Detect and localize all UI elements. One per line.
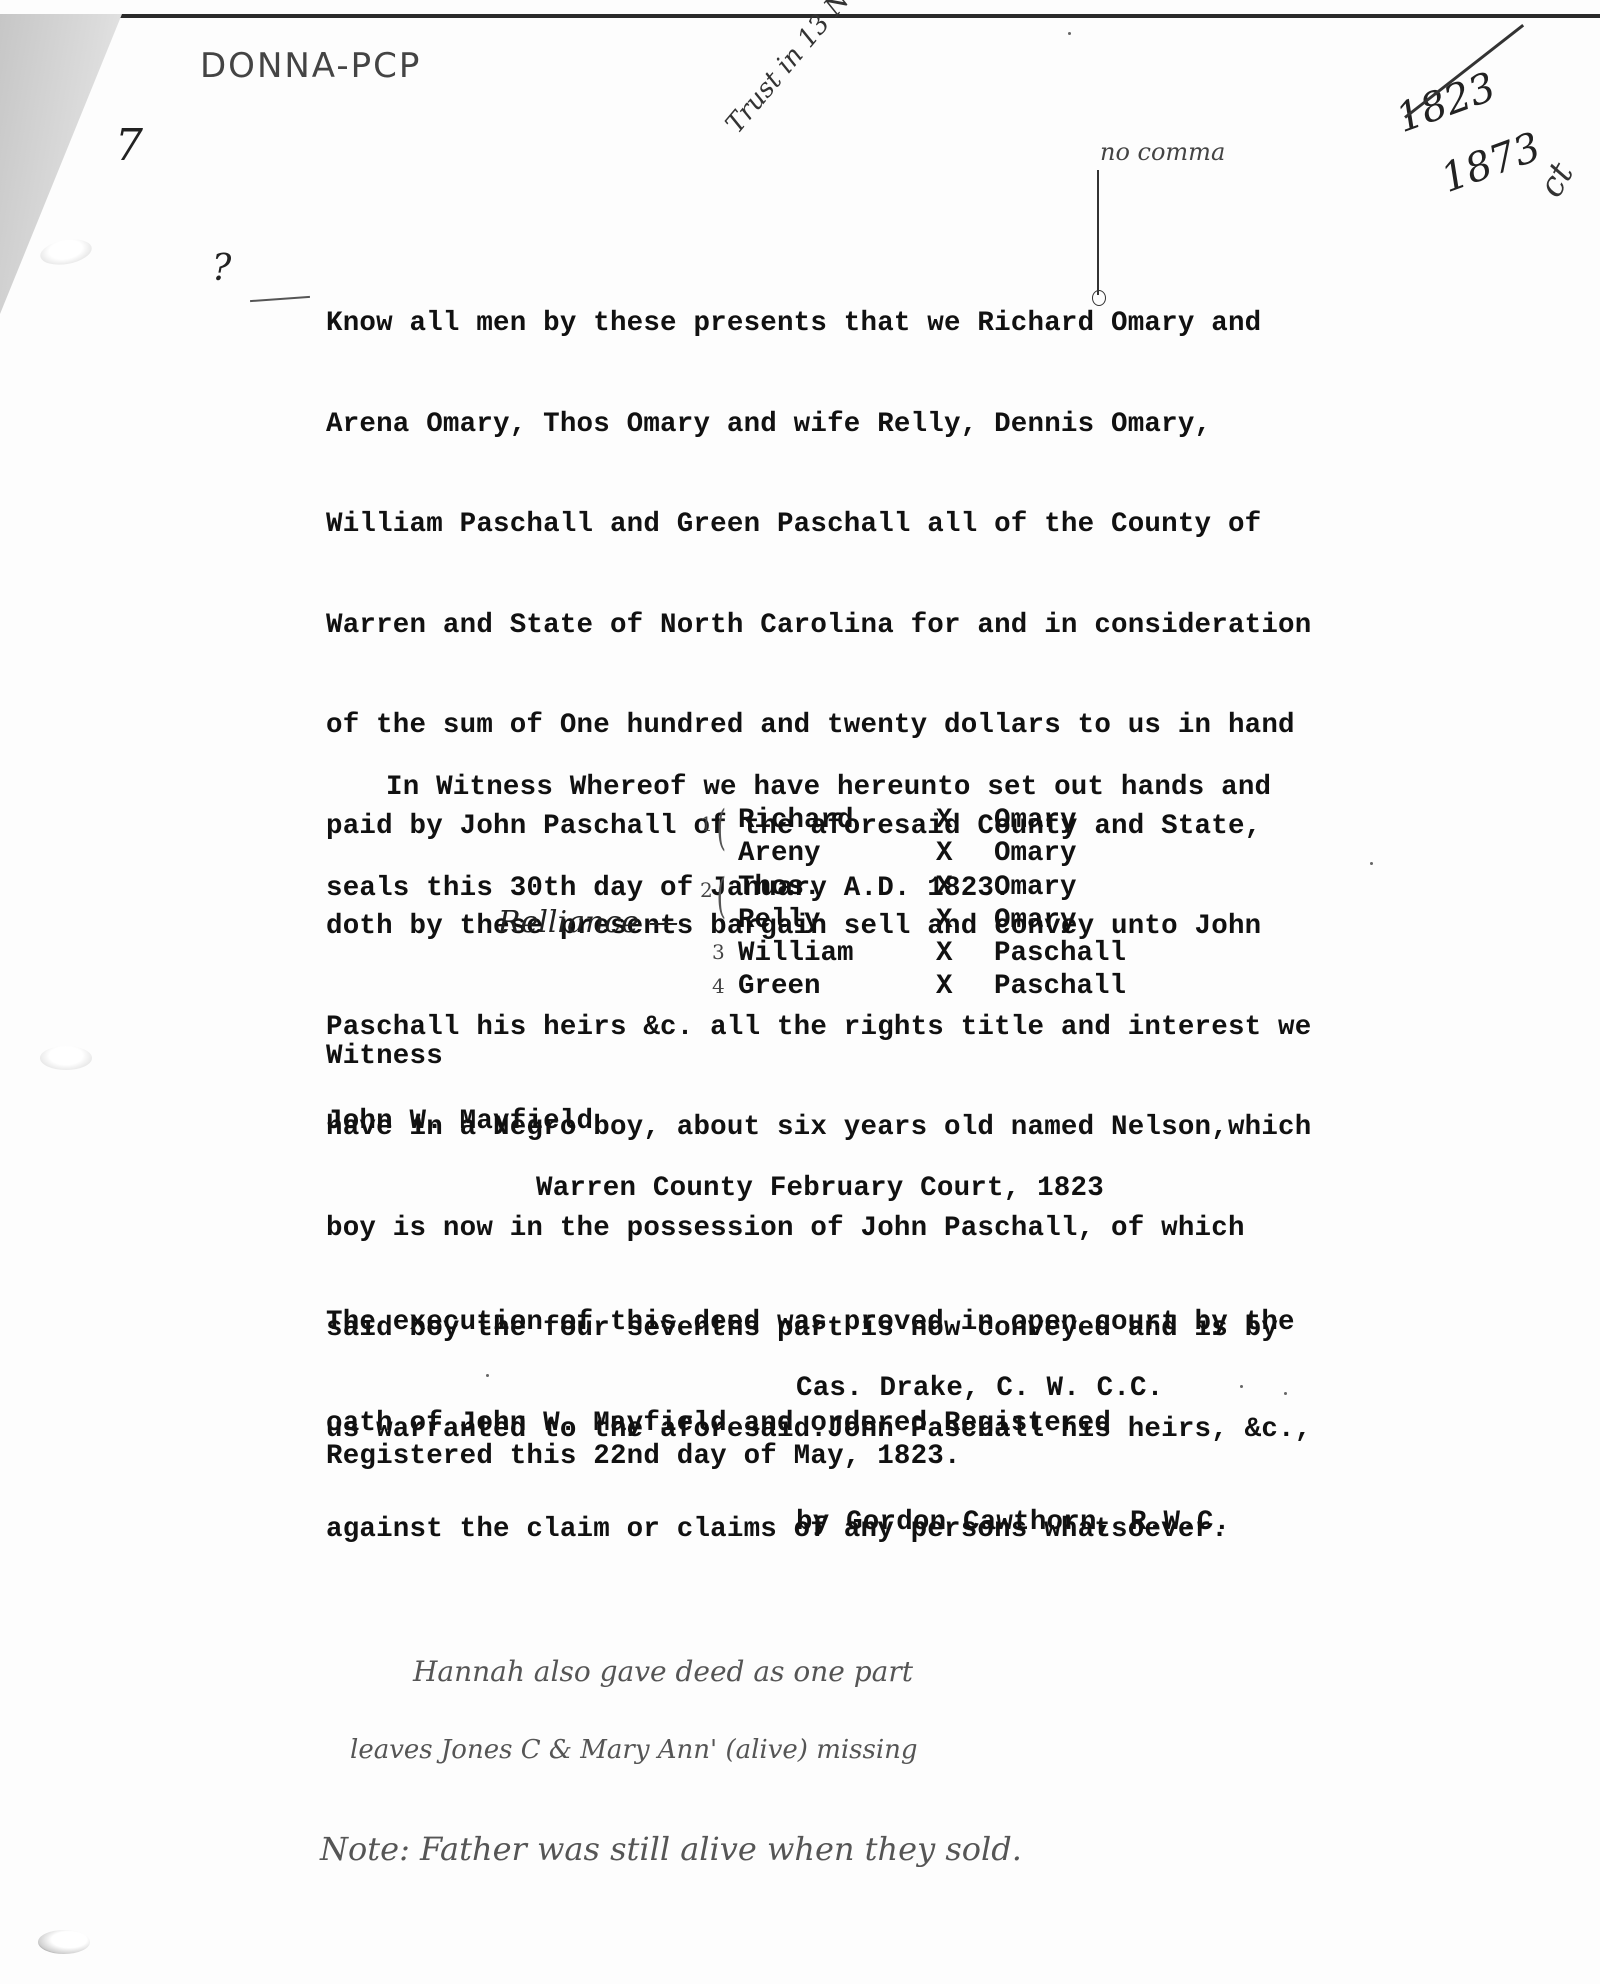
signatory-row: Relly X Omary: [738, 904, 1126, 937]
scan-speck: [1370, 862, 1373, 865]
signatory-mark: X: [936, 837, 994, 870]
witness-label: Witness: [326, 1040, 443, 1074]
signatory-first-name: Areny: [738, 837, 936, 870]
punch-hole-middle: [40, 1046, 92, 1070]
signatory-last-name: Omary: [994, 804, 1126, 837]
signatory-last-name: Omary: [994, 871, 1126, 904]
signatory-first-name: William: [738, 937, 936, 970]
signatory-mark: X: [936, 937, 994, 970]
margin-dash: [250, 296, 310, 302]
folded-corner: [0, 14, 122, 314]
body-line: Know all men by these presents that we R…: [326, 307, 1311, 341]
handwritten-year-top: 1823: [1390, 64, 1501, 142]
signatory-number: 1: [700, 812, 713, 836]
scan-speck: [486, 1374, 489, 1377]
handwritten-page-mark: 7: [115, 120, 143, 171]
punch-hole-bottom: [38, 1930, 90, 1954]
body-line: William Paschall and Green Paschall all …: [326, 508, 1311, 542]
signatory-mark: X: [936, 804, 994, 837]
handwritten-relliance-note: Relliance —: [498, 905, 678, 940]
signatory-first-name: Thos.: [738, 871, 936, 904]
top-edge-rule: [120, 14, 1600, 18]
register-signature: by Gordon Cawthorn, R.W.C.: [796, 1506, 1230, 1540]
clerk-signature: Cas. Drake, C. W. C.C.: [796, 1372, 1163, 1406]
court-line: The execution of this deed was proved in…: [326, 1306, 1295, 1340]
signatory-first-name: Richard: [738, 804, 936, 837]
handwritten-note: Note: Father was still alive when they s…: [320, 1830, 1022, 1868]
registered-line: Registered this 22nd day of May, 1823.: [326, 1440, 961, 1474]
witness-line: In Witness Whereof we have hereunto set …: [326, 771, 1271, 805]
handwritten-rotated-note: Trust in 13 No 2: [720, 0, 882, 139]
signatory-bracket: (: [717, 868, 726, 924]
signatories-table: Richard X Omary Areny X Omary Thos. X Om…: [738, 804, 1126, 1004]
signatory-first-name: Green: [738, 970, 936, 1003]
signatory-row: Green X Paschall: [738, 970, 1126, 1003]
signatory-row: Richard X Omary: [738, 804, 1126, 837]
handwritten-year-bottom: 1873: [1435, 124, 1546, 202]
signatory-last-name: Paschall: [994, 970, 1126, 1003]
signatory-last-name: Omary: [994, 837, 1126, 870]
body-line: Arena Omary, Thos Omary and wife Relly, …: [326, 408, 1311, 442]
handwritten-no-comma-note: no comma: [1100, 138, 1225, 166]
signatory-number: 3: [712, 940, 725, 964]
signatory-bracket: (: [717, 800, 726, 856]
signatory-number: 2: [700, 878, 713, 902]
handwritten-margin-mark: ?: [212, 248, 231, 289]
document-page: DONNA-PCP 7 Trust in 13 No 2 no comma 18…: [0, 0, 1600, 1984]
signatory-mark: X: [936, 871, 994, 904]
court-title: Warren County February Court, 1823: [536, 1172, 1104, 1206]
body-line: Paschall his heirs &c. all the rights ti…: [326, 1011, 1311, 1045]
punch-hole-top: [38, 236, 93, 269]
scan-speck: [1284, 1392, 1287, 1395]
signatory-mark: X: [936, 904, 994, 937]
signatory-first-name: Relly: [738, 904, 936, 937]
signatory-mark: X: [936, 970, 994, 1003]
signatory-row: Areny X Omary: [738, 837, 1126, 870]
body-line: Warren and State of North Carolina for a…: [326, 609, 1311, 643]
scan-speck: [1240, 1385, 1243, 1388]
court-line: oath of John W. Mayfield and ordered Reg…: [326, 1407, 1295, 1441]
signatory-last-name: Paschall: [994, 937, 1126, 970]
witness-name: John W. Mayfield: [326, 1105, 593, 1139]
handwritten-note: Hannah also gave deed as one part: [413, 1655, 913, 1688]
handwritten-label: DONNA-PCP: [200, 46, 421, 86]
signatory-number: 4: [712, 974, 725, 998]
signatory-row: William X Paschall: [738, 937, 1126, 970]
signatory-row: Thos. X Omary: [738, 871, 1126, 904]
signatory-last-name: Omary: [994, 904, 1126, 937]
handwritten-note: leaves Jones C & Mary Ann' (alive) missi…: [350, 1735, 918, 1765]
scan-speck: [1068, 32, 1071, 35]
